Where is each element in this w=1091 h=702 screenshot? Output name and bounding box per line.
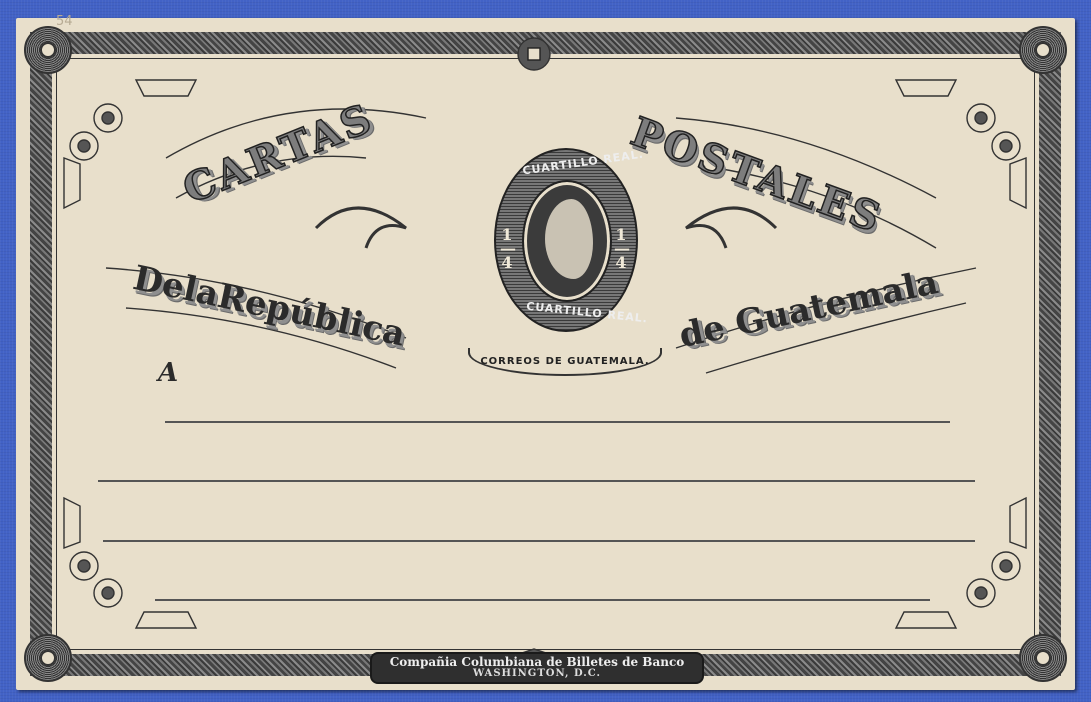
address-line xyxy=(155,599,930,601)
address-line xyxy=(165,421,950,423)
imprinted-stamp: CUARTILLO REAL. 1—4 1—4 CUARTILLO REAL. … xyxy=(464,130,664,390)
stamp-portrait-oval xyxy=(524,182,610,300)
stamp-ribbon-text: CORREOS DE GUATEMALA. xyxy=(470,356,660,367)
printer-banner: Compañia Columbiana de Billetes de Banco… xyxy=(370,652,704,684)
printer-name: Compañia Columbiana de Billetes de Banco xyxy=(372,655,702,669)
fraction-left: 1—4 xyxy=(500,228,514,270)
address-line xyxy=(103,540,975,542)
stamp-ribbon: CORREOS DE GUATEMALA. xyxy=(468,348,662,376)
address-line xyxy=(98,480,975,482)
postcard: 54 xyxy=(16,18,1075,690)
printer-city: WASHINGTON, D.C. xyxy=(372,668,702,679)
fraction-right: 1—4 xyxy=(614,228,628,270)
liberty-head-icon xyxy=(545,199,593,279)
address-prefix: A xyxy=(158,358,178,388)
